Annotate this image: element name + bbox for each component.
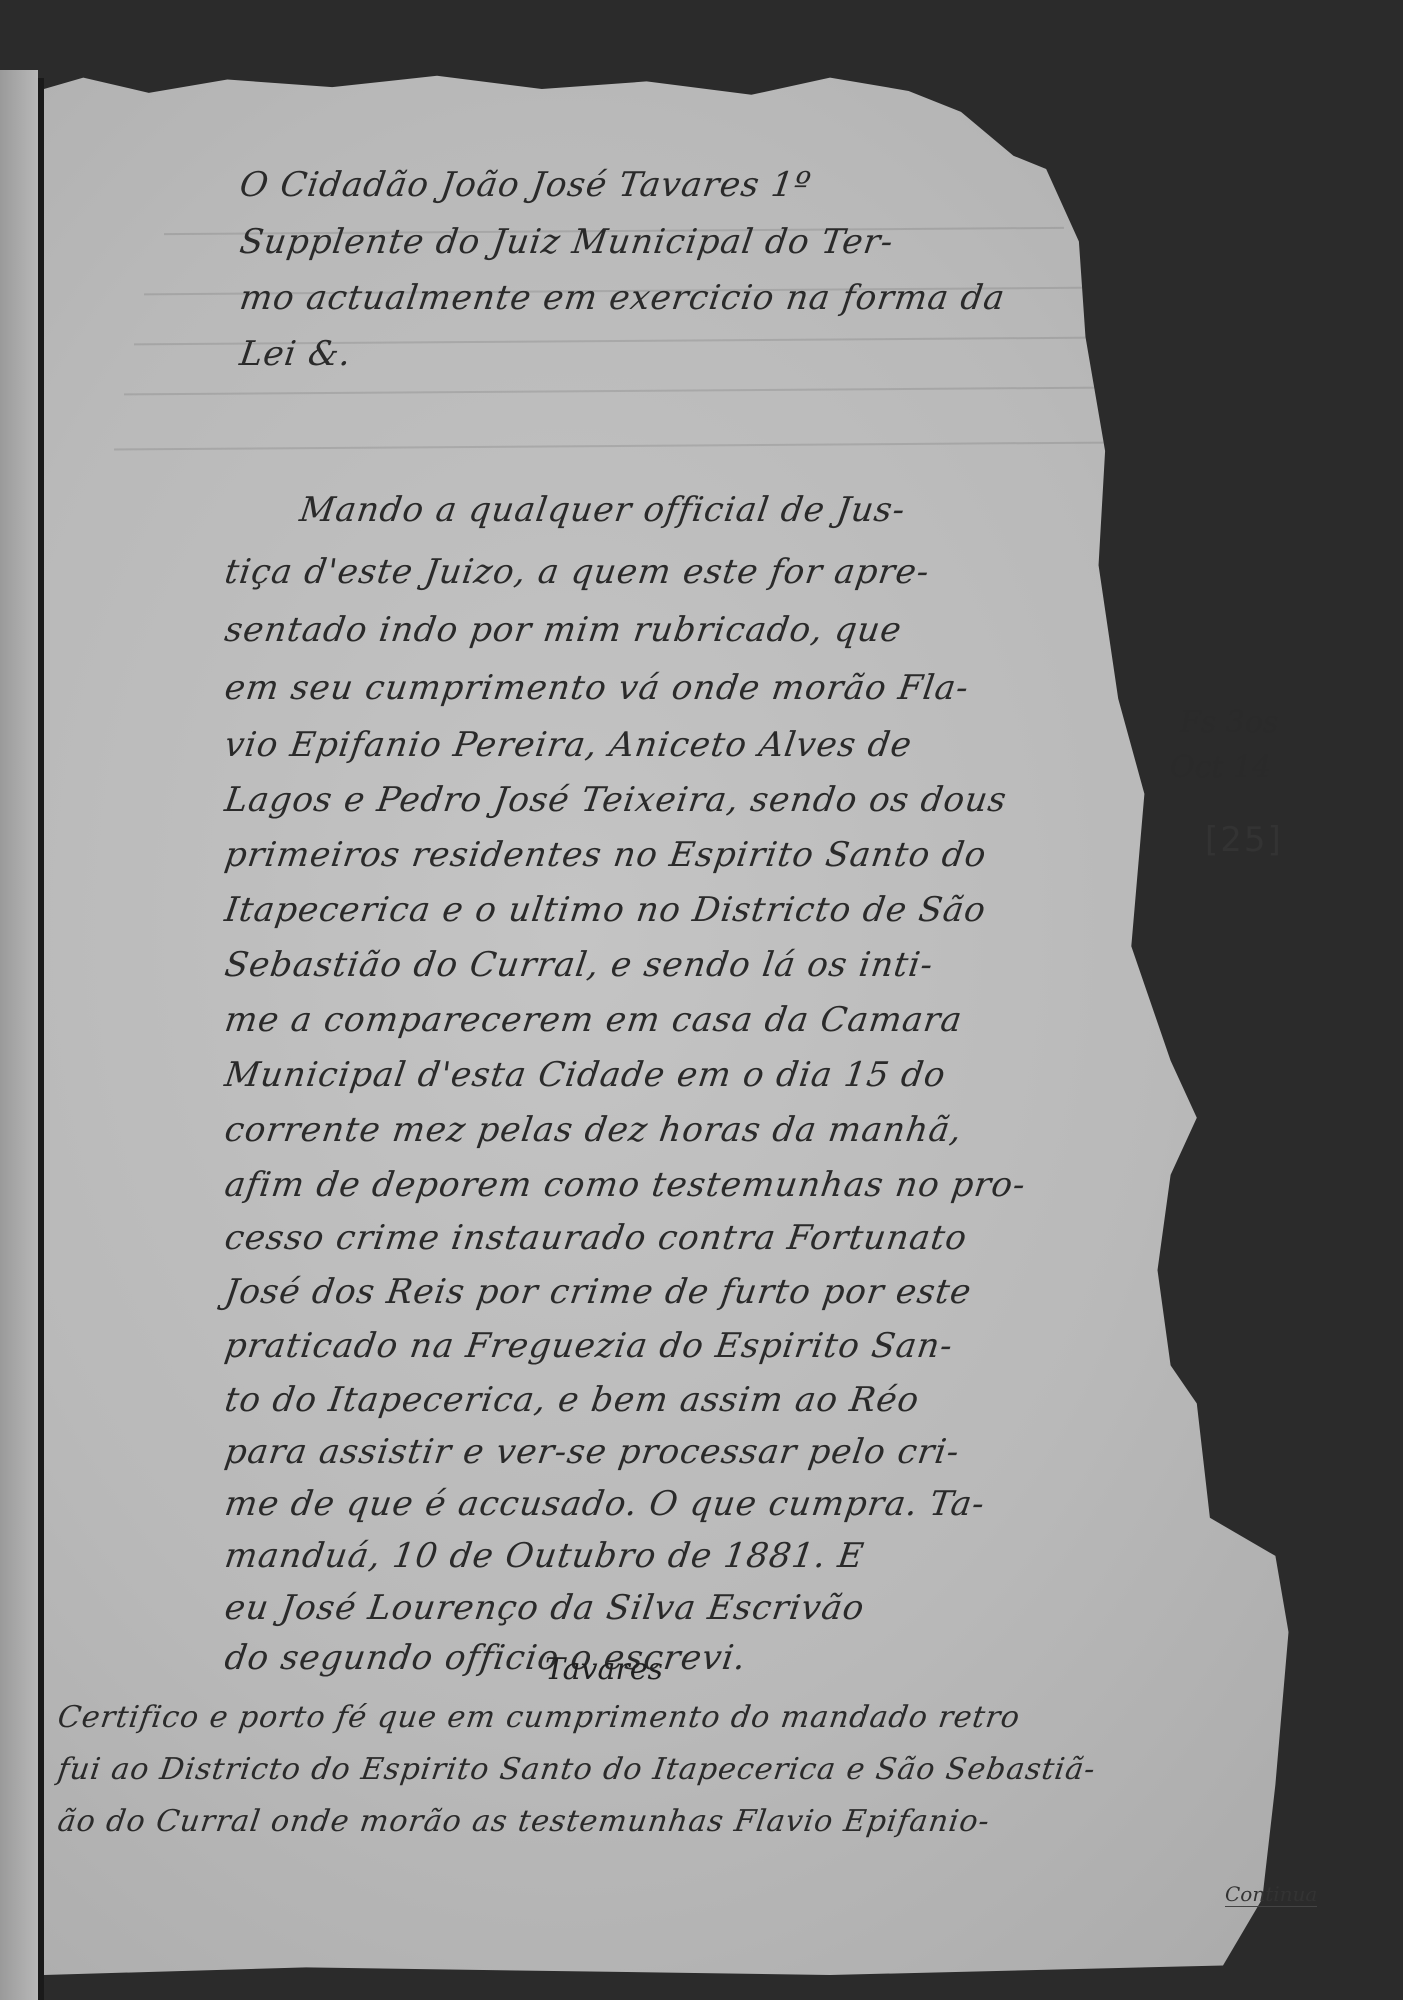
margin-note: Fs 3os [1180,705,1278,740]
header-line: Lei &. [237,334,354,374]
body-line: primeiros residentes no Espirito Santo d… [222,835,989,875]
header-line: Supplente do Juiz Municipal do Ter- [237,222,896,262]
body-line: Municipal d'esta Cidade em o dia 15 do [222,1055,948,1095]
header-line: mo actualmente em exercicio na forma da [237,278,1008,318]
ink-blot [1044,140,1058,160]
bleed-through-line [124,387,1104,396]
body-line: Sebastião do Curral, e sendo lá os inti- [222,945,936,985]
body-line: Mando a qualquer official de Jus- [297,490,908,530]
binding-gutter [38,78,44,2000]
body-line: do segundo officio o escrevi. [222,1638,749,1678]
body-line: manduá, 10 de Outubro de 1881. E [222,1536,867,1576]
signature: Tavares [545,1652,663,1687]
bleed-through-line [114,442,1114,451]
certificate-line: fui ao Districto do Espirito Santo do It… [56,1752,1098,1787]
body-line: José dos Reis por crime de furto por est… [222,1272,974,1312]
continuation-mark: Continua [1225,1882,1317,1907]
body-line: me de que é accusado. O que cumpra. Ta- [222,1484,987,1524]
body-line: Itapecerica e o ultimo no Districto de S… [222,890,989,930]
page-number: [25] [1205,820,1283,860]
body-line: afim de deporem como testemunhas no pro- [222,1165,1028,1205]
previous-page-edge [0,70,38,2000]
body-line: Lagos e Pedro José Teixeira, sendo os do… [222,780,1009,820]
body-line: vio Epifanio Pereira, Aniceto Alves de [222,725,915,765]
header-line: O Cidadão João José Tavares 1º [237,165,814,205]
body-line: cesso crime instaurado contra Fortunato [222,1218,970,1258]
body-line: me a comparecerem em casa da Camara [222,1000,965,1040]
body-line: praticado na Freguezia do Espirito San- [222,1326,955,1366]
body-line: corrente mez pelas dez horas da manhã, [222,1110,965,1150]
body-line: eu José Lourenço da Silva Escrivão [222,1588,867,1628]
body-line: em seu cumprimento vá onde morão Fla- [222,668,971,708]
body-line: para assistir e ver-se processar pelo cr… [222,1432,962,1472]
body-line: sentado indo por mim rubricado, que [222,610,904,650]
certificate-line: ão do Curral onde morão as testemunhas F… [56,1804,993,1839]
body-line: tiça d'este Juizo, a quem este for apre- [222,552,932,592]
body-line: to do Itapecerica, e bem assim ao Réo [222,1380,922,1420]
margin-note: Oct 14 [1170,750,1271,785]
certificate-line: Certifico e porto fé que em cumprimento … [56,1700,1023,1735]
